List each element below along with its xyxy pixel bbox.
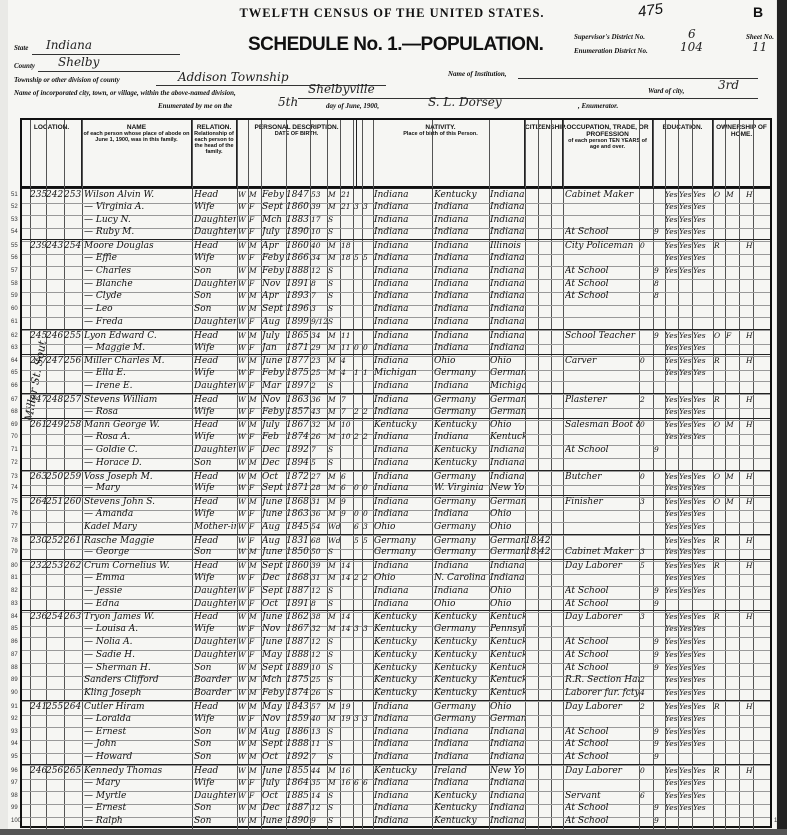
cell-write: Yes	[679, 791, 693, 800]
enumerated-suffix: day of June, 1900,	[326, 102, 379, 110]
cell-relation: Head	[194, 702, 236, 712]
cell-english: Yes	[693, 650, 711, 659]
cell-pob-mother: Kentucky	[490, 612, 525, 622]
cell-marital: M	[328, 202, 340, 211]
cell-age: 28	[311, 483, 327, 492]
cell-months-unemployed: 0	[640, 766, 652, 775]
cell-name: Voss Joseph M.	[84, 472, 190, 482]
cell-occupation: Day Laborer	[565, 766, 639, 776]
cell-name: — John	[84, 739, 190, 749]
cell-house: 264	[30, 497, 46, 507]
cell-dwelling: 253	[46, 561, 64, 571]
cell-marital: M	[328, 612, 340, 621]
cell-occupation: Day Laborer	[565, 612, 639, 622]
cell-pob-mother: Indiana	[490, 752, 525, 762]
cell-pob-mother: Germany	[490, 395, 525, 405]
cell-year: 1847	[286, 190, 310, 200]
line-number: 69	[11, 422, 18, 428]
cell-race: W	[238, 739, 248, 748]
cell-race: W	[238, 637, 248, 646]
cell-pob: Indiana	[374, 497, 432, 507]
cell-age: 34	[311, 331, 327, 340]
cell-children-born: 0	[354, 343, 362, 352]
cell-year: 1897	[286, 381, 310, 391]
cell-race: W	[238, 215, 248, 224]
line-number: 97	[11, 780, 18, 786]
cell-children-living: 0	[363, 343, 373, 352]
cell-month: Oct	[262, 599, 286, 609]
cell-sex: F	[249, 381, 261, 390]
cell-relation: Wife	[194, 509, 236, 519]
header-name: NAMEof each person whose place of abode …	[82, 120, 192, 186]
cell-children-living: 2	[363, 573, 373, 582]
cell-year: 1885	[286, 791, 310, 801]
cell-occupation: At School	[565, 650, 639, 660]
cell-year: 1863	[286, 509, 310, 519]
cell-pob: Indiana	[374, 407, 432, 417]
line-number: 83	[11, 601, 18, 607]
cell-race: W	[238, 420, 248, 429]
cell-race: W	[238, 356, 248, 365]
cell-english: Yes	[693, 215, 711, 224]
cell-read: Yes	[665, 650, 679, 659]
cell-house: 232	[30, 561, 46, 571]
cell-house: 247	[30, 395, 46, 405]
cell-pob-father: Kentucky	[434, 612, 489, 622]
cell-age: 40	[311, 241, 327, 250]
cell-sex: F	[249, 522, 261, 531]
township-label: Township or other division of county	[14, 76, 120, 84]
cell-age: 10	[311, 227, 327, 236]
line-number: 82	[11, 588, 18, 594]
cell-year: 1875	[286, 675, 310, 685]
cell-sex: M	[249, 291, 261, 300]
cell-race: W	[238, 599, 248, 608]
cell-english: Yes	[693, 766, 711, 775]
line-number: 99	[11, 805, 18, 811]
cell-pob-father: Germany	[434, 497, 489, 507]
cell-race: W	[238, 472, 248, 481]
cell-pob-mother: Kentucky	[490, 688, 525, 698]
cell-name: — Ralph	[84, 816, 190, 826]
cell-occupation: Day Laborer	[565, 561, 639, 571]
cell-marital: S	[328, 266, 340, 275]
cell-relation: Wife	[194, 368, 236, 378]
line-number: 88	[11, 665, 18, 671]
cell-family: 263	[64, 612, 82, 622]
line-number: 68	[11, 409, 18, 415]
cell-pob-father: Kentucky	[434, 650, 489, 660]
cell-marital: S	[328, 291, 340, 300]
cell-name: — Blanche	[84, 279, 190, 289]
cell-pob-father: Indiana	[434, 241, 489, 251]
cell-free: M	[726, 472, 738, 481]
cell-pob: Indiana	[374, 227, 432, 237]
cell-pob: Indiana	[374, 381, 432, 391]
cell-sex: F	[249, 714, 261, 723]
cell-write: Yes	[679, 650, 693, 659]
cell-relation: Son	[194, 752, 236, 762]
cell-write: Yes	[679, 472, 693, 481]
cell-english: Yes	[693, 522, 711, 531]
cell-race: W	[238, 266, 248, 275]
cell-family: 253	[64, 190, 82, 200]
cell-month: May	[262, 650, 286, 660]
cell-age: 12	[311, 266, 327, 275]
cell-month: Apr	[262, 291, 286, 301]
cell-sex: F	[249, 445, 261, 454]
cell-race: W	[238, 279, 248, 288]
cell-school: 9	[654, 816, 664, 825]
line-number: 89	[11, 677, 18, 683]
cell-relation: Son	[194, 266, 236, 276]
cell-pob-mother: Indiana	[490, 561, 525, 571]
cell-occupation: At School	[565, 663, 639, 673]
cell-relation: Wife	[194, 432, 236, 442]
cell-month: Jan	[262, 343, 286, 353]
cell-marital: S	[328, 816, 340, 825]
cell-sex: M	[249, 497, 261, 506]
cell-pob-mother: Kentucky	[490, 637, 525, 647]
township-value: Addison Township	[178, 70, 289, 84]
cell-month: Oct	[262, 752, 286, 762]
cell-house: 247	[30, 356, 46, 366]
cell-write: Yes	[679, 586, 693, 595]
cell-pob: Indiana	[374, 727, 432, 737]
cell-sex: F	[249, 202, 261, 211]
cell-write: Yes	[679, 739, 693, 748]
cell-occupation: Cabinet Maker	[565, 190, 639, 200]
line-number: 56	[11, 255, 18, 261]
cell-english: Yes	[693, 420, 711, 429]
cell-months-unemployed: 2	[640, 702, 652, 711]
cell-age: 10	[311, 663, 327, 672]
table-header: LOCATION. NAMEof each person whose place…	[22, 120, 770, 188]
cell-race: W	[238, 497, 248, 506]
cell-farm: H	[746, 395, 760, 404]
cell-month: Sept	[262, 202, 286, 212]
cell-pob: Kentucky	[374, 675, 432, 685]
cell-marital: M	[328, 778, 340, 787]
cell-month: July	[262, 227, 286, 237]
cell-name: Kling Joseph	[84, 688, 190, 698]
cell-pob-father: Indiana	[434, 432, 489, 442]
cell-name: — Ernest	[84, 727, 190, 737]
cell-farm: H	[746, 241, 760, 250]
stamp-number: 475	[637, 0, 664, 20]
cell-year: 1891	[286, 279, 310, 289]
cell-sex: M	[249, 458, 261, 467]
cell-age: 38	[311, 612, 327, 621]
cell-month: June	[262, 816, 286, 826]
cell-occupation: School Teacher	[565, 331, 639, 341]
cell-children-living: 2	[363, 407, 373, 416]
cell-marital: M	[328, 561, 340, 570]
cell-english: Yes	[693, 509, 711, 518]
line-number: 55	[11, 243, 18, 249]
cell-pob-father: Indiana	[434, 381, 489, 391]
cell-english: Yes	[693, 536, 711, 545]
city-label: Name of incorporated city, town, or vill…	[14, 89, 236, 97]
cell-occupation: At School	[565, 752, 639, 762]
cell-month: Oct	[262, 791, 286, 801]
cell-month: Mch	[262, 675, 286, 685]
cell-age: 50	[311, 547, 327, 556]
cell-farm: H	[746, 331, 760, 340]
cell-children-living: 3	[363, 714, 373, 723]
cell-write: Yes	[679, 407, 693, 416]
cell-pob-mother: Indiana	[490, 190, 525, 200]
line-number: 96	[11, 768, 18, 774]
cell-sex: F	[249, 432, 261, 441]
cell-age: 39	[311, 202, 327, 211]
cell-month: Dec	[262, 803, 286, 813]
cell-sex: M	[249, 727, 261, 736]
cell-relation: Wife	[194, 202, 236, 212]
cell-english: Yes	[693, 368, 711, 377]
cell-year: 1860	[286, 202, 310, 212]
cell-pob-father: Kentucky	[434, 675, 489, 685]
cell-occupation: Finisher	[565, 497, 639, 507]
cell-pob-mother: Indiana	[490, 445, 525, 455]
cell-name: — Effie	[84, 253, 190, 263]
cell-relation: Daughter	[194, 791, 236, 801]
cell-age: 7	[311, 291, 327, 300]
cell-relation: Daughter	[194, 227, 236, 237]
cell-race: W	[238, 714, 248, 723]
cell-marital: S	[328, 739, 340, 748]
line-number: 95	[11, 754, 18, 760]
cell-pob-mother: New York	[490, 766, 525, 776]
cell-years-married: 9	[341, 509, 353, 518]
cell-sex: F	[249, 368, 261, 377]
cell-month: June	[262, 766, 286, 776]
cell-occupation: Cabinet Maker	[565, 547, 639, 557]
cell-sex: M	[249, 612, 261, 621]
scan-edge-bottom	[0, 829, 787, 835]
cell-english: Yes	[693, 190, 711, 199]
cell-months-unemployed: 0	[640, 356, 652, 365]
line-number: 58	[11, 281, 18, 287]
cell-school: 9	[654, 445, 664, 454]
cell-name: Cutler Hiram	[84, 702, 190, 712]
cell-sex: F	[249, 650, 261, 659]
cell-sex: M	[249, 702, 261, 711]
cell-sex: M	[249, 304, 261, 313]
cell-write: Yes	[679, 561, 693, 570]
sheet-value: 11	[752, 40, 767, 54]
cell-month: Feby	[262, 266, 286, 276]
cell-pob-father: Indiana	[434, 279, 489, 289]
cell-pob-mother: Germany	[490, 547, 525, 557]
cell-relation: Boarder	[194, 688, 236, 698]
line-number: 67	[11, 397, 18, 403]
cell-occupation: At School	[565, 816, 639, 826]
line-number: 78	[11, 538, 18, 544]
cell-immigration-year: 1858	[525, 536, 539, 546]
cell-sex: F	[249, 407, 261, 416]
cell-pob: Indiana	[374, 317, 432, 327]
cell-race: W	[238, 407, 248, 416]
cell-pob-father: Germany	[434, 624, 489, 634]
line-number: 60	[11, 306, 18, 312]
cell-sex: F	[249, 624, 261, 633]
cell-children-living: 0	[363, 483, 373, 492]
cell-year: 1863	[286, 395, 310, 405]
cell-read: Yes	[665, 739, 679, 748]
cell-write: Yes	[679, 432, 693, 441]
cell-relation: Son	[194, 739, 236, 749]
cell-occupation: Carver	[565, 356, 639, 366]
cell-age: 53	[311, 190, 327, 199]
cell-dwelling: 251	[46, 497, 64, 507]
cell-pob-father: Kentucky	[434, 688, 489, 698]
cell-english: Yes	[693, 253, 711, 262]
cell-read: Yes	[665, 675, 679, 684]
line-number: 90	[11, 690, 18, 696]
cell-house: 261	[30, 420, 46, 430]
cell-english: Yes	[693, 266, 711, 275]
cell-house: 246	[30, 766, 46, 776]
line-number: 76	[11, 511, 18, 517]
cell-english: Yes	[693, 241, 711, 250]
cell-relation: Head	[194, 420, 236, 430]
header-personal: PERSONAL DESCRIPTION.DATE OF BIRTH.	[237, 120, 357, 186]
cell-english: Yes	[693, 714, 711, 723]
cell-race: W	[238, 624, 248, 633]
cell-marital: M	[328, 241, 340, 250]
cell-pob-father: Germany	[434, 407, 489, 417]
cell-pob-father: W. Virginia	[434, 483, 489, 493]
cell-pob-father: Germany	[434, 522, 489, 532]
cell-pob-father: Indiana	[434, 227, 489, 237]
cell-pob: Kentucky	[374, 612, 432, 622]
cell-children-born: 5	[354, 253, 362, 262]
cell-year: 1883	[286, 215, 310, 225]
cell-age: 32	[311, 624, 327, 633]
cell-sex: M	[249, 816, 261, 825]
cell-read: Yes	[665, 395, 679, 404]
cell-pob: Indiana	[374, 586, 432, 596]
cell-relation: Wife	[194, 624, 236, 634]
cell-age: 2	[311, 381, 327, 390]
cell-pob: Indiana	[374, 202, 432, 212]
cell-pob-father: Ohio	[434, 599, 489, 609]
cell-school: 8	[654, 291, 664, 300]
line-number: 71	[11, 447, 18, 453]
cell-pob-father: Kentucky	[434, 637, 489, 647]
cell-year: 1871	[286, 483, 310, 493]
cell-marital: M	[328, 420, 340, 429]
cell-read: Yes	[665, 227, 679, 236]
cell-read: Yes	[665, 241, 679, 250]
cell-pob: Indiana	[374, 331, 432, 341]
cell-name: Lyon Edward C.	[84, 331, 190, 341]
cell-age: 68	[311, 536, 327, 545]
cell-marital: M	[328, 368, 340, 377]
cell-children-born: 3	[354, 624, 362, 633]
cell-relation: Mother-in-law	[194, 522, 236, 532]
line-number: 54	[11, 229, 18, 235]
supervisor-label: Supervisor's District No.	[574, 33, 645, 41]
cell-name: — Edna	[84, 599, 190, 609]
cell-sex: F	[249, 778, 261, 787]
cell-english: Yes	[693, 202, 711, 211]
cell-own: R	[714, 241, 726, 250]
cell-marital: M	[328, 356, 340, 365]
cell-children-living: 3	[363, 522, 373, 531]
cell-name: Moore Douglas	[84, 241, 190, 251]
cell-relation: Daughter	[194, 599, 236, 609]
cell-marital: S	[328, 650, 340, 659]
cell-write: Yes	[679, 727, 693, 736]
cell-name: — Sadie H.	[84, 650, 190, 660]
cell-english: Yes	[693, 561, 711, 570]
cell-english: Yes	[693, 612, 711, 621]
cell-sex: M	[249, 561, 261, 570]
cell-house: 235	[30, 190, 46, 200]
cell-marital: Wd	[328, 536, 340, 545]
cell-english: Yes	[693, 356, 711, 365]
cell-age: 12	[311, 637, 327, 646]
cell-year: 1894	[286, 458, 310, 468]
cell-write: Yes	[679, 483, 693, 492]
cell-year: 1866	[286, 253, 310, 263]
cell-own: O	[714, 331, 726, 340]
cell-pob-mother: Indiana	[490, 343, 525, 353]
cell-race: W	[238, 702, 248, 711]
cell-race: W	[238, 331, 248, 340]
line-number: 57	[11, 268, 18, 274]
cell-sex: M	[249, 803, 261, 812]
ward-value: 3rd	[718, 78, 739, 92]
cell-pob-mother: Indiana	[490, 304, 525, 314]
cell-race: W	[238, 791, 248, 800]
cell-family: 256	[64, 356, 82, 366]
cell-month: Sept	[262, 561, 286, 571]
cell-year: 1887	[286, 586, 310, 596]
ward-label: Ward of city,	[648, 87, 684, 95]
cell-farm: H	[746, 472, 760, 481]
cell-month: Apr	[262, 241, 286, 251]
cell-english: Yes	[693, 727, 711, 736]
cell-name: — Mary	[84, 778, 190, 788]
cell-race: W	[238, 432, 248, 441]
cell-house: 230	[30, 536, 46, 546]
cell-name: Kadel Mary	[84, 522, 190, 532]
cell-month: Feby	[262, 688, 286, 698]
cell-pob: Ohio	[374, 522, 432, 532]
cell-name: — Ruby M.	[84, 227, 190, 237]
cell-school: 9	[654, 803, 664, 812]
cell-pob-father: N. Carolina	[434, 573, 489, 583]
line-number: 75	[11, 499, 18, 505]
cell-write: Yes	[679, 368, 693, 377]
cell-pob-mother: Kentucky	[490, 432, 525, 442]
cell-pob: Indiana	[374, 739, 432, 749]
cell-children-living: 3	[363, 202, 373, 211]
cell-race: W	[238, 304, 248, 313]
line-number: 94	[11, 741, 18, 747]
cell-month: June	[262, 547, 286, 557]
enumerator-name: S. L. Dorsey	[428, 95, 502, 109]
state-value: Indiana	[46, 38, 92, 52]
line-number: 87	[11, 652, 18, 658]
cell-occupation: At School	[565, 637, 639, 647]
cell-month: Feby	[262, 190, 286, 200]
cell-race: W	[238, 547, 248, 556]
cell-years-married: 9	[341, 497, 353, 506]
